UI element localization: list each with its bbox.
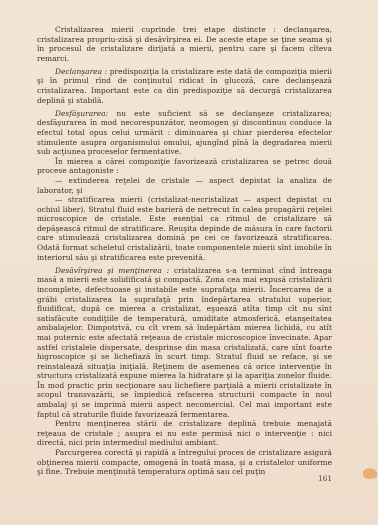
book-page: Cristalizarea mierii cuprinde trei etape… [0,0,378,525]
body-text: Cristalizarea mierii cuprinde trei etape… [37,25,332,477]
list-item-extinderea: — extinderea reţelei de cristale — aspec… [37,176,332,195]
section-lead-desavirsirea: Desăvîrşirea şi menţinerea : [55,266,169,275]
paragraph-text: Parcurgerea corectă şi rapidă a întregul… [37,448,332,476]
paragraph-text: Cristalizarea mierii cuprinde trei etape… [37,25,332,63]
paragraph-intro: Cristalizarea mierii cuprinde trei etape… [37,25,332,63]
paragraph-text: cristalizarea s-a terminat cînd întreaga… [37,266,332,419]
paper-stain [362,467,378,481]
section-lead-desfasurarea: Desfăşurarea: [55,109,108,118]
page-number: 161 [318,474,332,483]
paragraph-antagoniste: În mierea a cărei compoziţie favorizează… [37,157,332,176]
paragraph-declansarea: Declanşarea : predispoziţia la cristaliz… [37,67,332,105]
paragraph-desfasurarea: Desfăşurarea: nu este suficient să se de… [37,109,332,157]
paragraph-mentinerea: Pentru menţinerea stării de cristalizare… [37,419,332,448]
paragraph-parcurgerea: Parcurgerea corectă şi rapidă a întregul… [37,448,332,477]
paragraph-desavirsirea: Desăvîrşirea şi menţinerea : cristalizar… [37,266,332,420]
paragraph-text: — stratificarea mierii (cristalizat-necr… [37,195,332,262]
paragraph-text: Pentru menţinerea stării de cristalizare… [37,419,332,447]
section-lead-declansarea: Declanşarea : [55,67,107,76]
paragraph-text: — extinderea reţelei de cristale — aspec… [37,176,332,195]
paragraph-text: În mierea a cărei compoziţie favorizează… [37,157,332,176]
list-item-stratificarea: — stratificarea mierii (cristalizat-necr… [37,195,332,262]
